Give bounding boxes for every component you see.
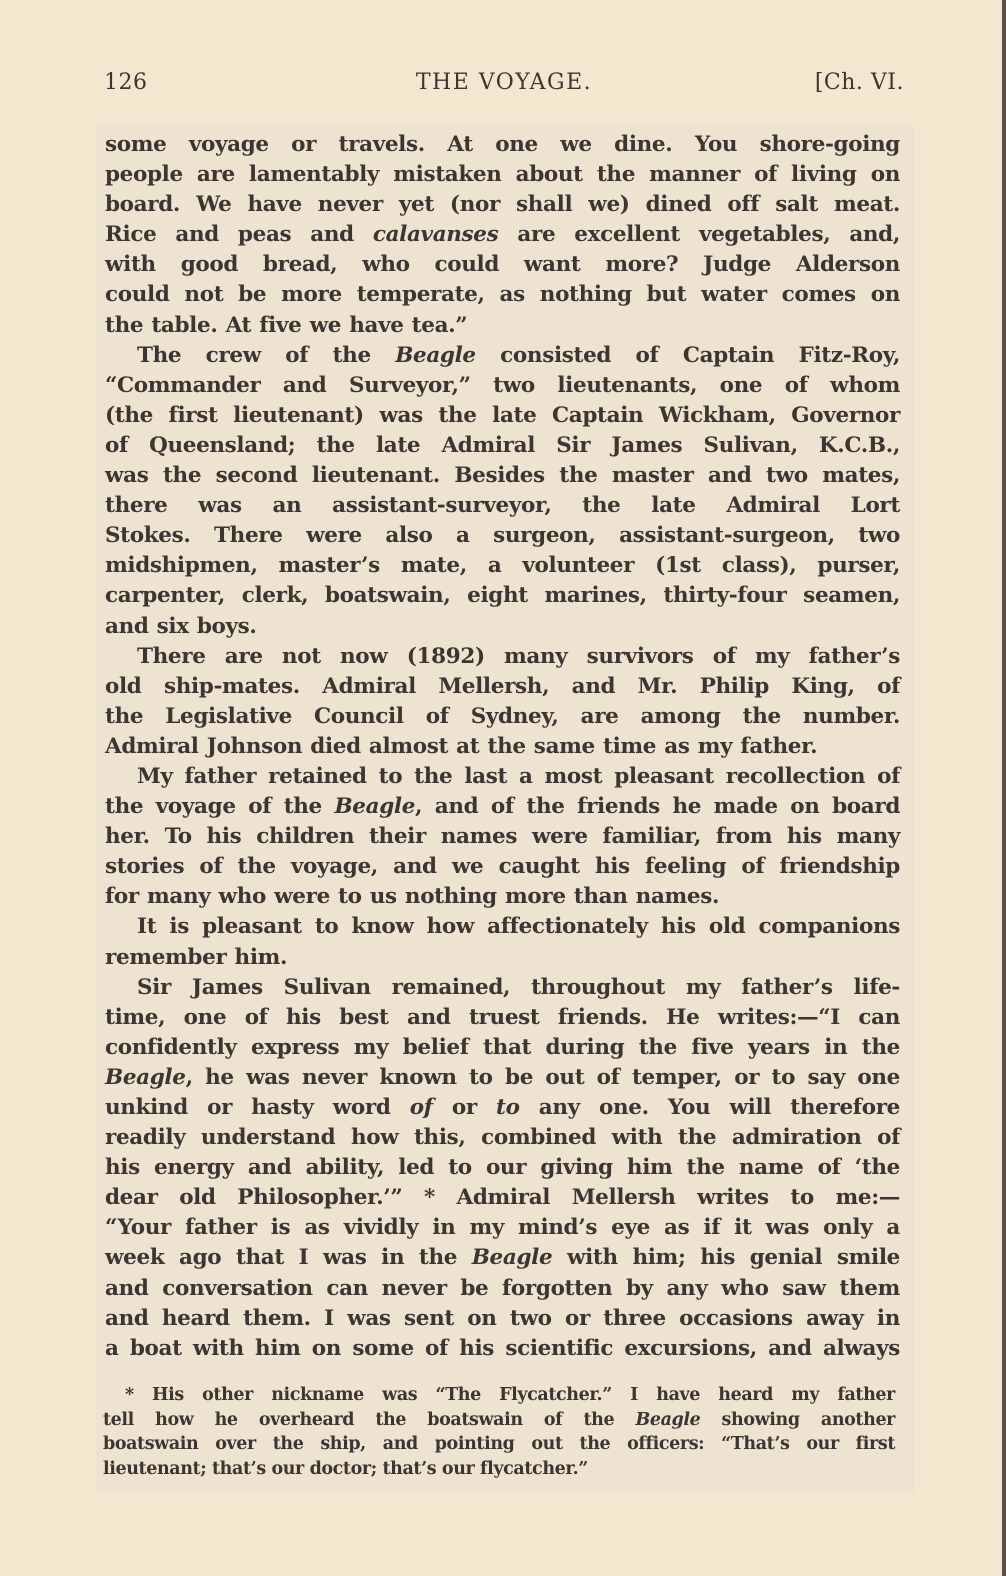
paragraph: The crew of the Beagle consisted of Capt… [105,341,900,642]
text-line: board. We have never yet (nor shall we) … [105,190,900,220]
text-line: There are not now (1892) many survivors … [105,642,900,672]
italic-word: Beagle [334,794,415,819]
running-title: THE VOYAGE. [104,70,904,95]
paragraph: There are not now (1892) many survivors … [105,642,900,762]
text-line: week ago that I was in the Beagle with h… [105,1243,900,1273]
text-line: the voyage of the Beagle, and of the fri… [105,792,900,822]
paragraph: some voyage or travels. At one we dine. … [105,130,900,341]
text-line: old ship-mates. Admiral Mellersh, and Mr… [105,672,900,702]
text-line: midshipmen, master’s mate, a volunteer (… [105,551,900,581]
text-line: of Queensland; the late Admiral Sir Jame… [105,431,900,461]
footnote-line: tell how he overheard the boatswain of t… [103,1408,895,1433]
italic-word: Beagle [105,1065,186,1090]
footnote: * His other nickname was “The Flycatcher… [103,1383,895,1481]
text-line: there was an assistant-surveyor, the lat… [105,491,900,521]
text-line: and conversation can never be forgotten … [105,1274,900,1304]
text-line: My father retained to the last a most pl… [105,762,900,792]
paragraph: It is pleasant to know how affectionatel… [105,912,900,972]
text-line: remember him. [105,943,900,973]
italic-word: to [496,1095,520,1120]
chapter-reference: [Ch. VI. [815,70,904,95]
text-line: Stokes. There were also a surgeon, assis… [105,521,900,551]
footnote-line: lieutenant; that’s our doctor; that’s ou… [103,1457,895,1482]
italic-word: calavanses [373,222,499,247]
text-line: with good bread, who could want more? Ju… [105,250,900,280]
footnote-line: * His other nickname was “The Flycatcher… [103,1383,895,1408]
text-line: his energy and ability, led to our givin… [105,1153,900,1183]
footnote-line: boatswain over the ship, and pointing ou… [103,1432,895,1457]
italic-word: Beagle [472,1245,553,1270]
text-line: Admiral Johnson died almost at the same … [105,732,900,762]
text-line: some voyage or travels. At one we dine. … [105,130,900,160]
body-text: some voyage or travels. At one we dine. … [105,130,900,1364]
text-line: people are lamentably mistaken about the… [105,160,900,190]
text-line: readily understand how this, combined wi… [105,1123,900,1153]
text-line: unkind or hasty word of or to any one. Y… [105,1093,900,1123]
paragraph: Sir James Sulivan remained, throughout m… [105,973,900,1364]
text-line: stories of the voyage, and we caught his… [105,852,900,882]
text-line: “Commander and Surveyor,” two lieutenant… [105,371,900,401]
text-line: The crew of the Beagle consisted of Capt… [105,341,900,371]
running-header: 126 THE VOYAGE. [Ch. VI. [104,70,904,100]
text-line: Sir James Sulivan remained, throughout m… [105,973,900,1003]
text-line: for many who were to us nothing more tha… [105,882,900,912]
italic-word: Beagle [395,343,476,368]
text-line: confidently express my belief that durin… [105,1033,900,1063]
text-line: dear old Philosopher.’” * Admiral Meller… [105,1183,900,1213]
text-line: time, one of his best and truest friends… [105,1003,900,1033]
text-line: Beagle, he was never known to be out of … [105,1063,900,1093]
text-line: (the first lieutenant) was the late Capt… [105,401,900,431]
text-line: her. To his children their names were fa… [105,822,900,852]
text-line: a boat with him on some of his scientifi… [105,1334,900,1364]
text-line: could not be more temperate, as nothing … [105,280,900,310]
text-line: “Your father is as vividly in my mind’s … [105,1213,900,1243]
text-line: It is pleasant to know how affectionatel… [105,912,900,942]
text-line: the Legislative Council of Sydney, are a… [105,702,900,732]
text-line: and six boys. [105,612,900,642]
paragraph: My father retained to the last a most pl… [105,762,900,912]
text-line: and heard them. I was sent on two or thr… [105,1304,900,1334]
text-line: Rice and peas and calavanses are excelle… [105,220,900,250]
text-line: was the second lieutenant. Besides the m… [105,461,900,491]
italic-word: Beagle [635,1410,700,1430]
page-edge [1002,0,1006,1576]
text-line: carpenter, clerk, boatswain, eight marin… [105,581,900,611]
italic-word: of [410,1095,433,1120]
text-line: the table. At five we have tea.” [105,311,900,341]
